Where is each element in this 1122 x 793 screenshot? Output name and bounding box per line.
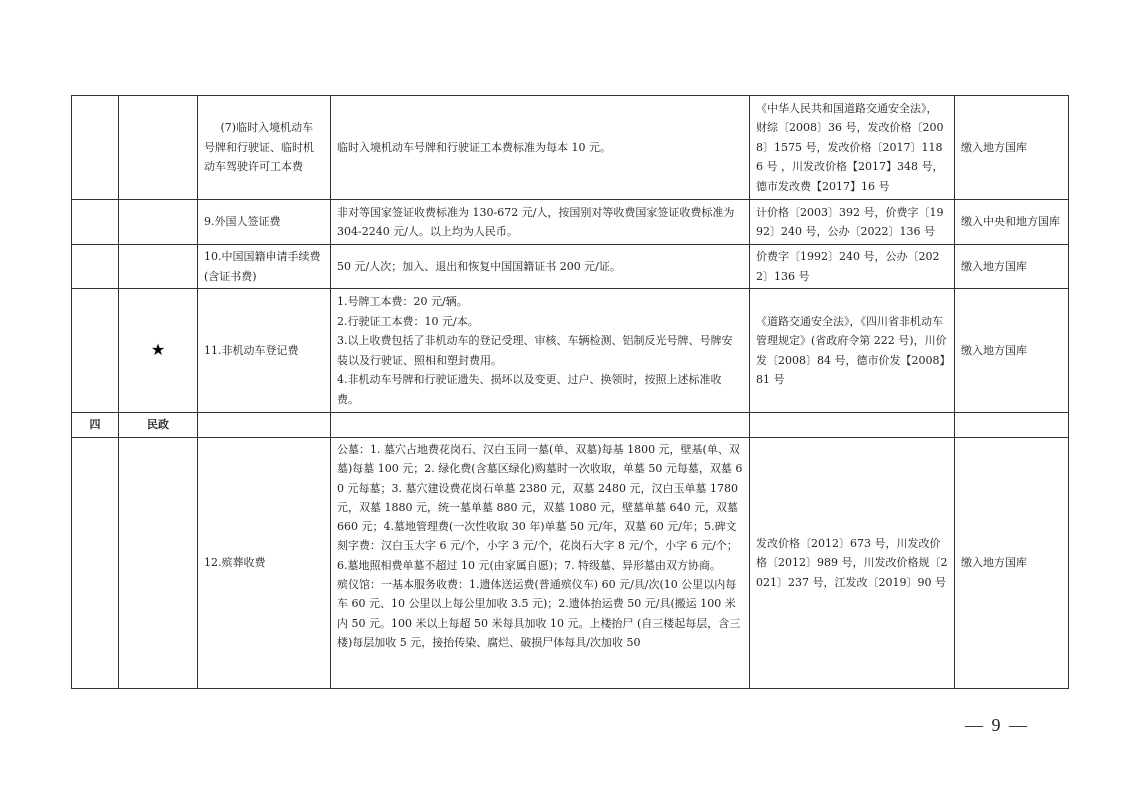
item-cell: 10.中国国籍申请手续费(含证书费) [198,245,331,289]
standard-line: 3.以上收费包括了非机动车的登记受理、审核、车辆检测、铝制反光号牌、号牌安装以及… [337,331,743,370]
table-row: 10.中国国籍申请手续费(含证书费) 50 元/人次；加入、退出和恢复中国国籍证… [72,245,1069,289]
index-cell [72,96,119,200]
item-cell [198,413,331,438]
index-cell [72,438,119,689]
basis-cell: 发改价格〔2012〕673 号，川发改价格〔2012〕989 号，川发改价格规〔… [750,438,955,689]
item-cell: 9.外国人签证费 [198,200,331,245]
standard-cell: 非对等国家签证收费标准为 130-672 元/人，按国别对等收费国家签证收费标准… [331,200,750,245]
standard-cell: 1.号牌工本费：20 元/辆。 2.行驶证工本费：10 元/本。 3.以上收费包… [331,289,750,413]
item-cell: 12.殡葬收费 [198,438,331,689]
table-row: ★ 11.非机动车登记费 1.号牌工本费：20 元/辆。 2.行驶证工本费：10… [72,289,1069,413]
item-cell: (7)临时入境机动车号牌和行驶证、临时机动车驾驶许可工本费 [198,96,331,200]
index-cell [72,200,119,245]
destination-cell: 缴入地方国库 [955,96,1069,200]
basis-cell: 计价格〔2003〕392 号，价费字〔1992〕240 号，公办〔2022〕13… [750,200,955,245]
category-cell [119,245,198,289]
standard-line: 4.非机动车号牌和行驶证遗失、损坏以及变更、过户、换领时，按照上述标准收费。 [337,370,743,409]
section-index: 四 [72,413,119,438]
standard-line: 1.号牌工本费：20 元/辆。 [337,292,743,312]
destination-cell [955,413,1069,438]
standard-cell [331,413,750,438]
standard-cell: 公墓：1. 墓穴占地费花岗石、汉白玉同一墓(单、双墓)每基 1800 元，壁基(… [331,438,750,689]
section-title: 民政 [119,413,198,438]
index-cell [72,289,119,413]
standard-line: 临时入境机动车号牌和行驶证工本费标准为每本 10 元。 [337,138,743,158]
category-cell [119,438,198,689]
standard-line: 公墓：1. 墓穴占地费花岗石、汉白玉同一墓(单、双墓)每基 1800 元，壁基(… [337,440,743,575]
index-cell [72,245,119,289]
fee-table: (7)临时入境机动车号牌和行驶证、临时机动车驾驶许可工本费 临时入境机动车号牌和… [71,95,1069,689]
category-cell: ★ [119,289,198,413]
basis-cell: 价费字〔1992〕240 号，公办〔2022〕136 号 [750,245,955,289]
category-cell [119,200,198,245]
standard-line: 殡仪馆：一基本服务收费：1.遗体送运费(普通殡仪车) 60 元/具/次(10 公… [337,575,743,652]
basis-cell: 《中华人民共和国道路交通安全法》，财综〔2008〕36 号，发改价格〔2008〕… [750,96,955,200]
basis-cell: 《道路交通安全法》，《四川省非机动车管理规定》(省政府令第 222 号)，川价发… [750,289,955,413]
table-row: 9.外国人签证费 非对等国家签证收费标准为 130-672 元/人，按国别对等收… [72,200,1069,245]
basis-cell [750,413,955,438]
section-row: 四 民政 [72,413,1069,438]
page-number: — 9 — [965,715,1029,736]
star-icon: ★ [151,340,165,359]
standard-cell: 50 元/人次；加入、退出和恢复中国国籍证书 200 元/证。 [331,245,750,289]
table-row: (7)临时入境机动车号牌和行驶证、临时机动车驾驶许可工本费 临时入境机动车号牌和… [72,96,1069,200]
destination-cell: 缴入地方国库 [955,438,1069,689]
destination-cell: 缴入中央和地方国库 [955,200,1069,245]
category-cell [119,96,198,200]
destination-cell: 缴入地方国库 [955,245,1069,289]
item-cell: 11.非机动车登记费 [198,289,331,413]
table-row: 12.殡葬收费 公墓：1. 墓穴占地费花岗石、汉白玉同一墓(单、双墓)每基 18… [72,438,1069,689]
destination-cell: 缴入地方国库 [955,289,1069,413]
standard-line: 2.行驶证工本费：10 元/本。 [337,312,743,332]
standard-line: 非对等国家签证收费标准为 130-672 元/人，按国别对等收费国家签证收费标准… [337,203,743,242]
standard-cell: 临时入境机动车号牌和行驶证工本费标准为每本 10 元。 [331,96,750,200]
standard-line: 50 元/人次；加入、退出和恢复中国国籍证书 200 元/证。 [337,257,743,277]
